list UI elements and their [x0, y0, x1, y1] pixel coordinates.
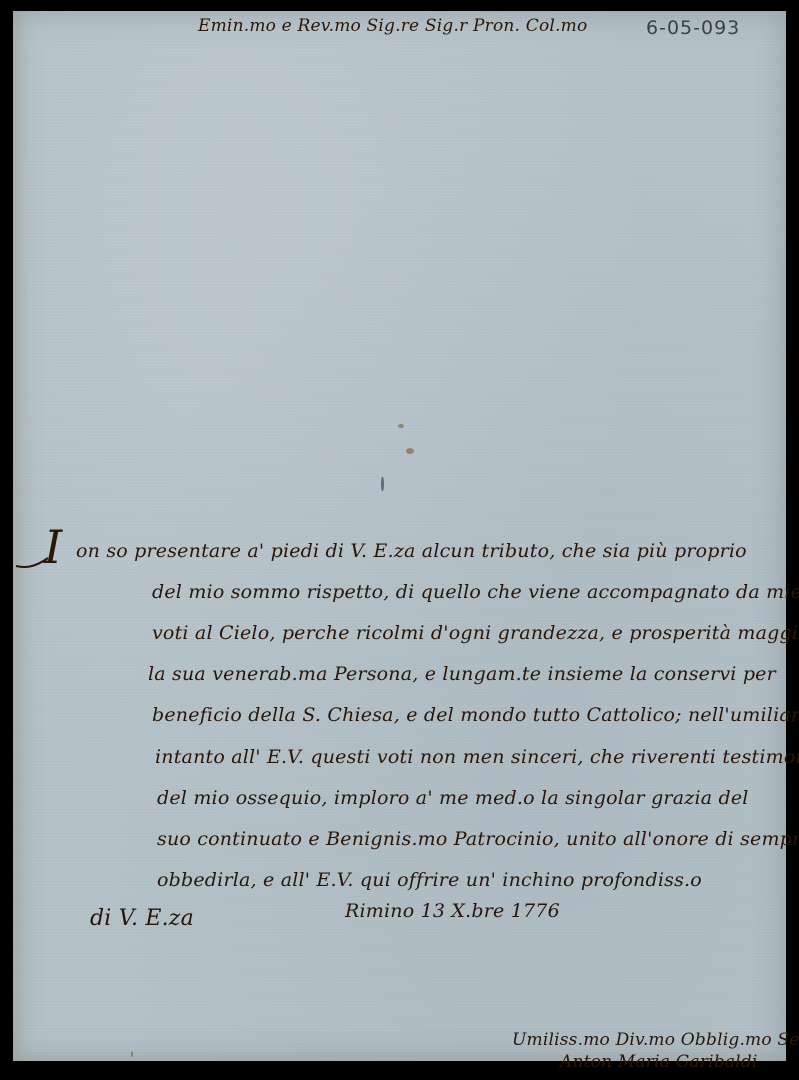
drop-cap-initial: I — [44, 520, 62, 574]
document-scan: 6-05-093 Emin.mo e Rev.mo Sig.re Sig.r P… — [0, 0, 799, 1080]
body-line-3: voti al Cielo, perche ricolmi d'ogni gra… — [152, 622, 799, 644]
ink-smudge — [381, 477, 384, 491]
signature-name: Anton Maria Garibaldi — [560, 1052, 758, 1072]
body-line-1: on so presentare a' piedi di V. E.za alc… — [76, 540, 747, 562]
archive-reference-number: 6-05-093 — [646, 17, 740, 39]
foxing-stain — [131, 1051, 133, 1057]
body-line-8: suo continuato e Benignis.mo Patrocinio,… — [157, 828, 799, 850]
dateline: Rimino 13 X.bre 1776 — [345, 900, 560, 922]
body-line-4: la sua venerab.ma Persona, e lungam.te i… — [148, 663, 776, 685]
signature-line-1: Umiliss.mo Div.mo Obblig.mo Servidore — [512, 1030, 799, 1050]
body-line-2: del mio sommo rispetto, di quello che vi… — [152, 581, 799, 603]
body-line-9: obbedirla, e all' E.V. qui offrire un' i… — [157, 869, 702, 891]
foxing-stain — [406, 448, 414, 454]
body-line-5: beneficio della S. Chiesa, e del mondo t… — [152, 704, 799, 726]
body-line-6: intanto all' E.V. questi voti non men si… — [155, 746, 799, 768]
foxing-stain — [398, 424, 404, 428]
body-line-7: del mio ossequio, imploro a' me med.o la… — [157, 787, 749, 809]
closing-formula: di V. E.za — [90, 906, 194, 931]
salutation: Emin.mo e Rev.mo Sig.re Sig.r Pron. Col.… — [198, 16, 587, 36]
